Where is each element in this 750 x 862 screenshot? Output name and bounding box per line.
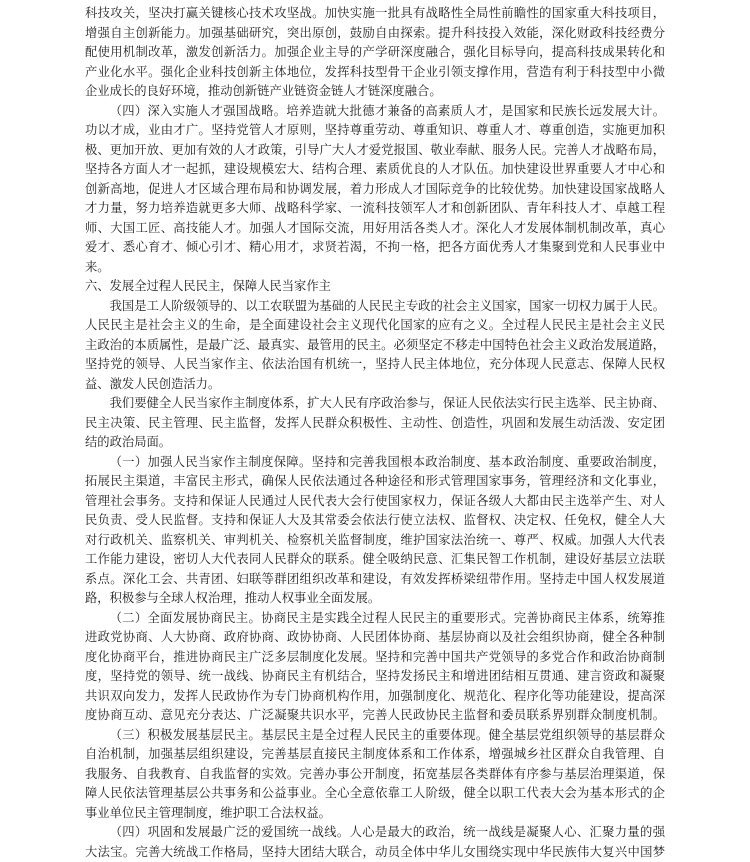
text-line: 管理社会事务。支持和保证人民通过人民代表大会行使国家权力，保证各级人大都由民主选… [85, 492, 665, 512]
text-line: 功以才成，业由才广。坚持党管人才原则，坚持尊重劳动、尊重知识、尊重人才、尊重创造… [85, 121, 665, 141]
section-heading: 六、发展全过程人民民主，保障人民当家作主 [85, 277, 665, 297]
text-line: 爱才、悉心育才、倾心引才、精心用才，求贤若渴，不拘一格，把各方面优秀人才集聚到党… [85, 238, 665, 258]
text-line: 增强自主创新能力。加强基础研究，突出原创，鼓励自由探索。提升科技投入效能，深化财… [85, 24, 665, 44]
text-line: 对行政机关、监察机关、审判机关、检察机关监督制度，维护国家法治统一、尊严、权威。… [85, 531, 665, 551]
text-line: 主政治的本质属性，是最广泛、最真实、最管用的民主。必须坚定不移走中国特色社会主义… [85, 336, 665, 356]
text-line: 度，坚持党的领导、统一战线、协商民主有机结合，坚持发扬民主和增进团结相互贯通、建… [85, 667, 665, 687]
text-line: 事业单位民主管理制度，维护职工合法权益。 [85, 804, 665, 824]
text-line: 共识双向发力，发挥人民政协作为专门协商机构作用，加强制度化、规范化、程序化等功能… [85, 687, 665, 707]
text-line: 路，积极参与全球人权治理，推动人权事业全面发展。 [85, 589, 665, 609]
text-line: 极、更加开放、更加有效的人才政策，引导广大人才爱党报国、敬业奉献、服务人民。完善… [85, 141, 665, 161]
text-line: 师、大国工匠、高技能人才。加强人才国际交流，用好用活各类人才。深化人才发展体制机… [85, 219, 665, 239]
text-line: 系点。深化工会、共青团、妇联等群团组织改革和建设，有效发挥桥梁纽带作用。坚持走中… [85, 570, 665, 590]
text-line: （四）巩固和发展最广泛的爱国统一战线。人心是最大的政治，统一战线是凝聚人心、汇聚… [85, 823, 665, 843]
text-line: 企业成长的良好环境，推动创新链产业链资金链人才链深度融合。 [85, 82, 665, 102]
text-line: 坚持各方面人才一起抓，建设规模宏大、结构合理、素质优良的人才队伍。加快建设世界重… [85, 160, 665, 180]
text-column: 科技攻关，坚决打赢关键核心技术攻坚战。加快实施一批具有战略性全局性前瞻性的国家重… [85, 4, 665, 862]
text-line: 民主决策、民主管理、民主监督，发挥人民群众积极性、主动性、创造性，巩固和发展生动… [85, 414, 665, 434]
text-line: 民负责、受人民监督。支持和保证人大及其常委会依法行使立法权、监督权、决定权、任免… [85, 511, 665, 531]
text-line: 配使用机制改革，激发创新活力。加强企业主导的产学研深度融合，强化目标导向，提高科… [85, 43, 665, 63]
text-line: 大法宝。完善大统战工作格局，坚持大团结大联合，动员全体中华儿女围绕实现中华民族伟… [85, 843, 665, 862]
text-line: 自治机制，加强基层组织建设，完善基层直接民主制度体系和工作体系，增强城乡社区群众… [85, 745, 665, 765]
text-line: （三）积极发展基层民主。基层民主是全过程人民民主的重要体现。健全基层党组织领导的… [85, 726, 665, 746]
text-line: 进政党协商、人大协商、政府协商、政协协商、人民团体协商、基层协商以及社会组织协商… [85, 628, 665, 648]
text-line: 度协商互动、意见充分表达、广泛凝聚共识水平，完善人民政协民主监督和委员联系界别群… [85, 706, 665, 726]
text-line: 我们要健全人民当家作主制度体系，扩大人民有序政治参与，保证人民依法实行民主选举、… [85, 394, 665, 414]
text-line: 才力量，努力培养造就更多大师、战略科学家、一流科技领军人才和创新团队、青年科技人… [85, 199, 665, 219]
text-line: （一）加强人民当家作主制度保障。坚持和完善我国根本政治制度、基本政治制度、重要政… [85, 453, 665, 473]
text-line: 结的政治局面。 [85, 433, 665, 453]
text-line: 科技攻关，坚决打赢关键核心技术攻坚战。加快实施一批具有战略性全局性前瞻性的国家重… [85, 4, 665, 24]
text-line: 创新高地，促进人才区域合理布局和协调发展，着力形成人才国际竞争的比较优势。加快建… [85, 180, 665, 200]
text-line: （二）全面发展协商民主。协商民主是实践全过程人民民主的重要形式。完善协商民主体系… [85, 609, 665, 629]
text-line: 益、激发人民创造活力。 [85, 375, 665, 395]
text-line: 产业化水平。强化企业科技创新主体地位，发挥科技型骨干企业引领支撑作用，营造有利于… [85, 63, 665, 83]
text-line: 我国是工人阶级领导的、以工农联盟为基础的人民民主专政的社会主义国家，国家一切权力… [85, 297, 665, 317]
document-page: 科技攻关，坚决打赢关键核心技术攻坚战。加快实施一批具有战略性全局性前瞻性的国家重… [0, 0, 750, 862]
text-line: 来。 [85, 258, 665, 278]
text-line: 障人民依法管理基层公共事务和公益事业。全心全意依靠工人阶级，健全以职工代表大会为… [85, 784, 665, 804]
text-line: 度化协商平台，推进协商民主广泛多层制度化发展。坚持和完善中国共产党领导的多党合作… [85, 648, 665, 668]
text-line: 我服务、自我教育、自我监督的实效。完善办事公开制度，拓宽基层各类群体有序参与基层… [85, 765, 665, 785]
text-line: 人民民主是社会主义的生命，是全面建设社会主义现代化国家的应有之义。全过程人民民主… [85, 316, 665, 336]
text-line: 坚持党的领导、人民当家作主、依法治国有机统一，坚持人民主体地位，充分体现人民意志… [85, 355, 665, 375]
text-line: 工作能力建设，密切人大代表同人民群众的联系。健全吸纳民意、汇集民智工作机制，建设… [85, 550, 665, 570]
text-line: （四）深入实施人才强国战略。培养造就大批德才兼备的高素质人才，是国家和民族长远发… [85, 102, 665, 122]
text-line: 拓展民主渠道，丰富民主形式，确保人民依法通过各种途径和形式管理国家事务，管理经济… [85, 472, 665, 492]
